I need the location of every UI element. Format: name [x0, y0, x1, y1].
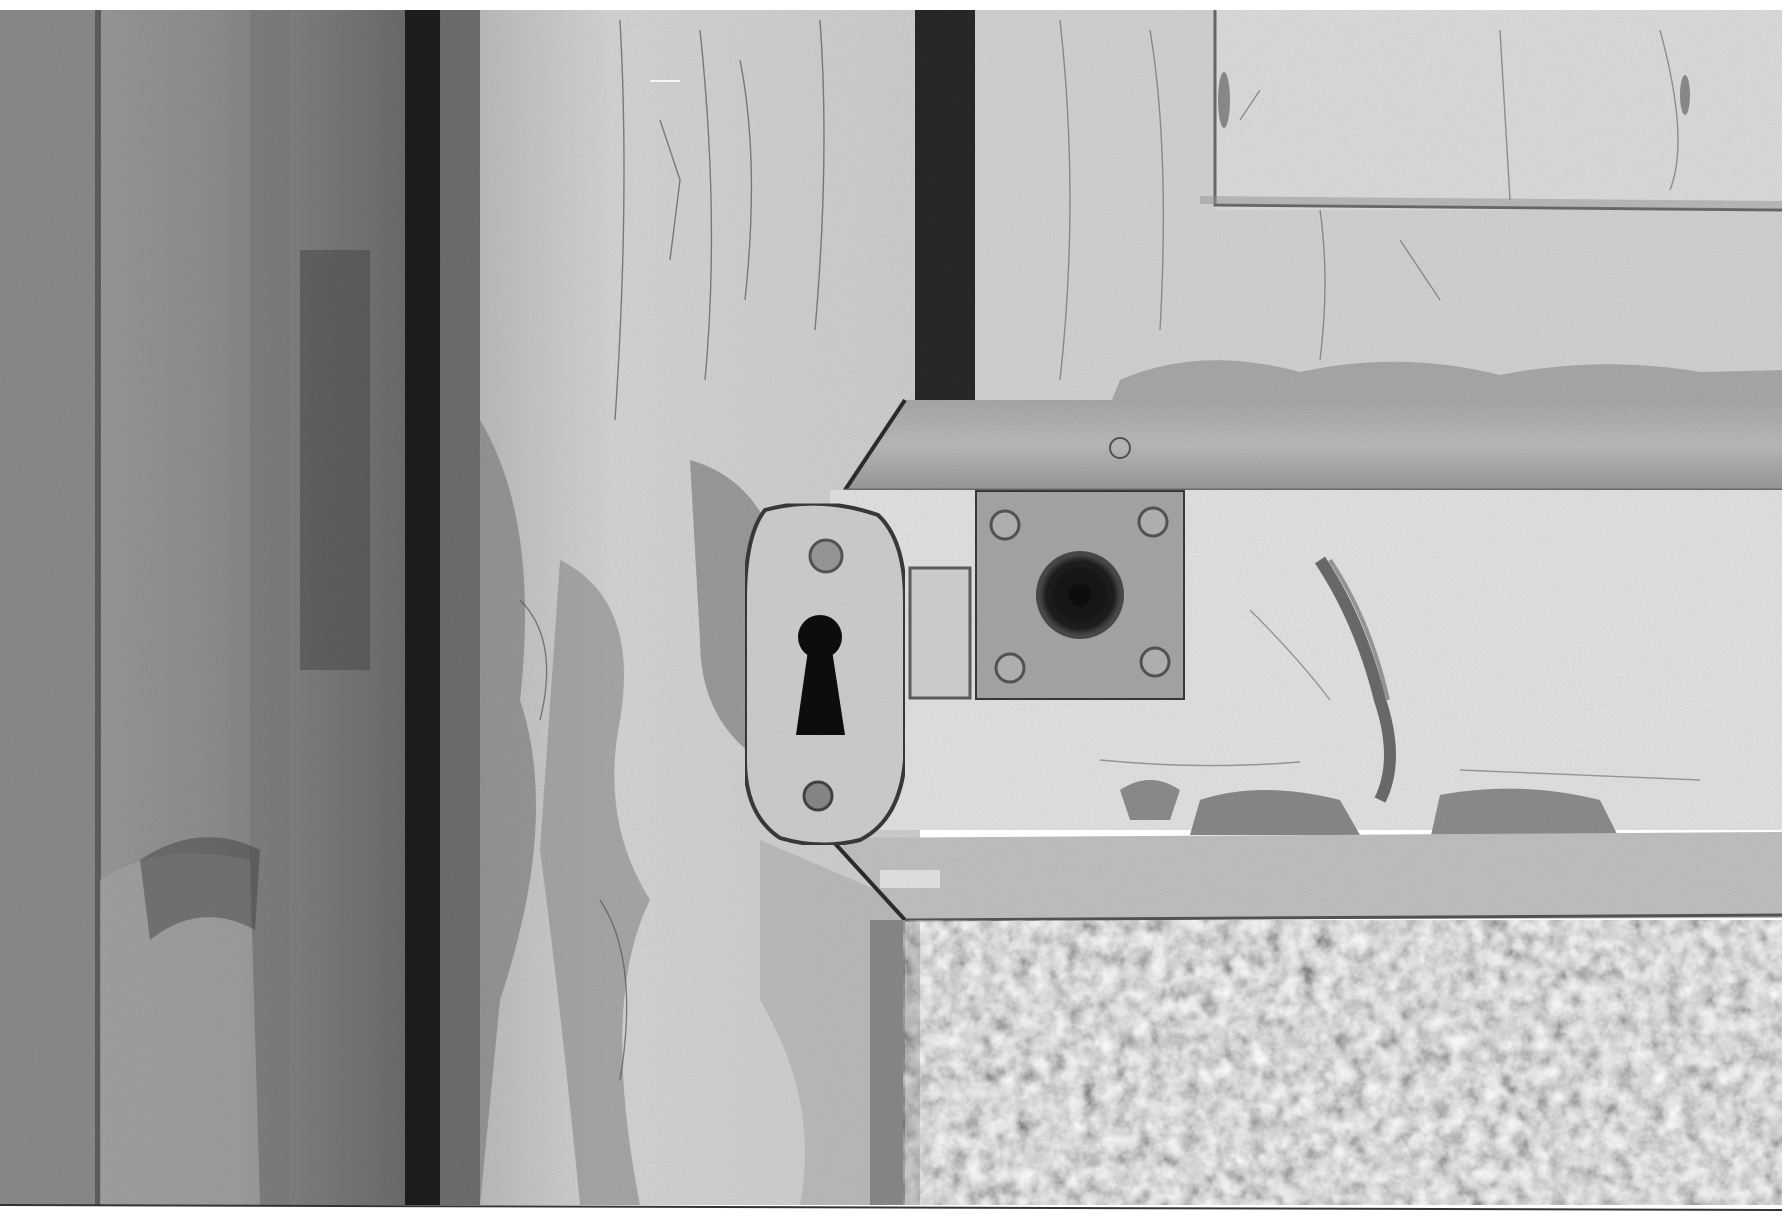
latch-plate [910, 568, 970, 698]
knob-rosette [975, 490, 1185, 700]
left-frame [0, 10, 420, 1205]
spindle-hole-icon [1038, 553, 1122, 637]
escutcheon-screw-top [810, 540, 842, 572]
lower-opening-carpet [903, 920, 1786, 1205]
panel-gap [915, 10, 975, 400]
door-gap-shadow [405, 10, 445, 1205]
upper-panel [975, 10, 1786, 405]
lock-rail-moulding-top [845, 400, 1786, 490]
door-lock-photograph [0, 0, 1786, 1216]
lock-rail-moulding-bottom [830, 832, 1786, 920]
escutcheon-screw-bottom [804, 782, 832, 810]
keyhole-escutcheon [745, 504, 905, 845]
